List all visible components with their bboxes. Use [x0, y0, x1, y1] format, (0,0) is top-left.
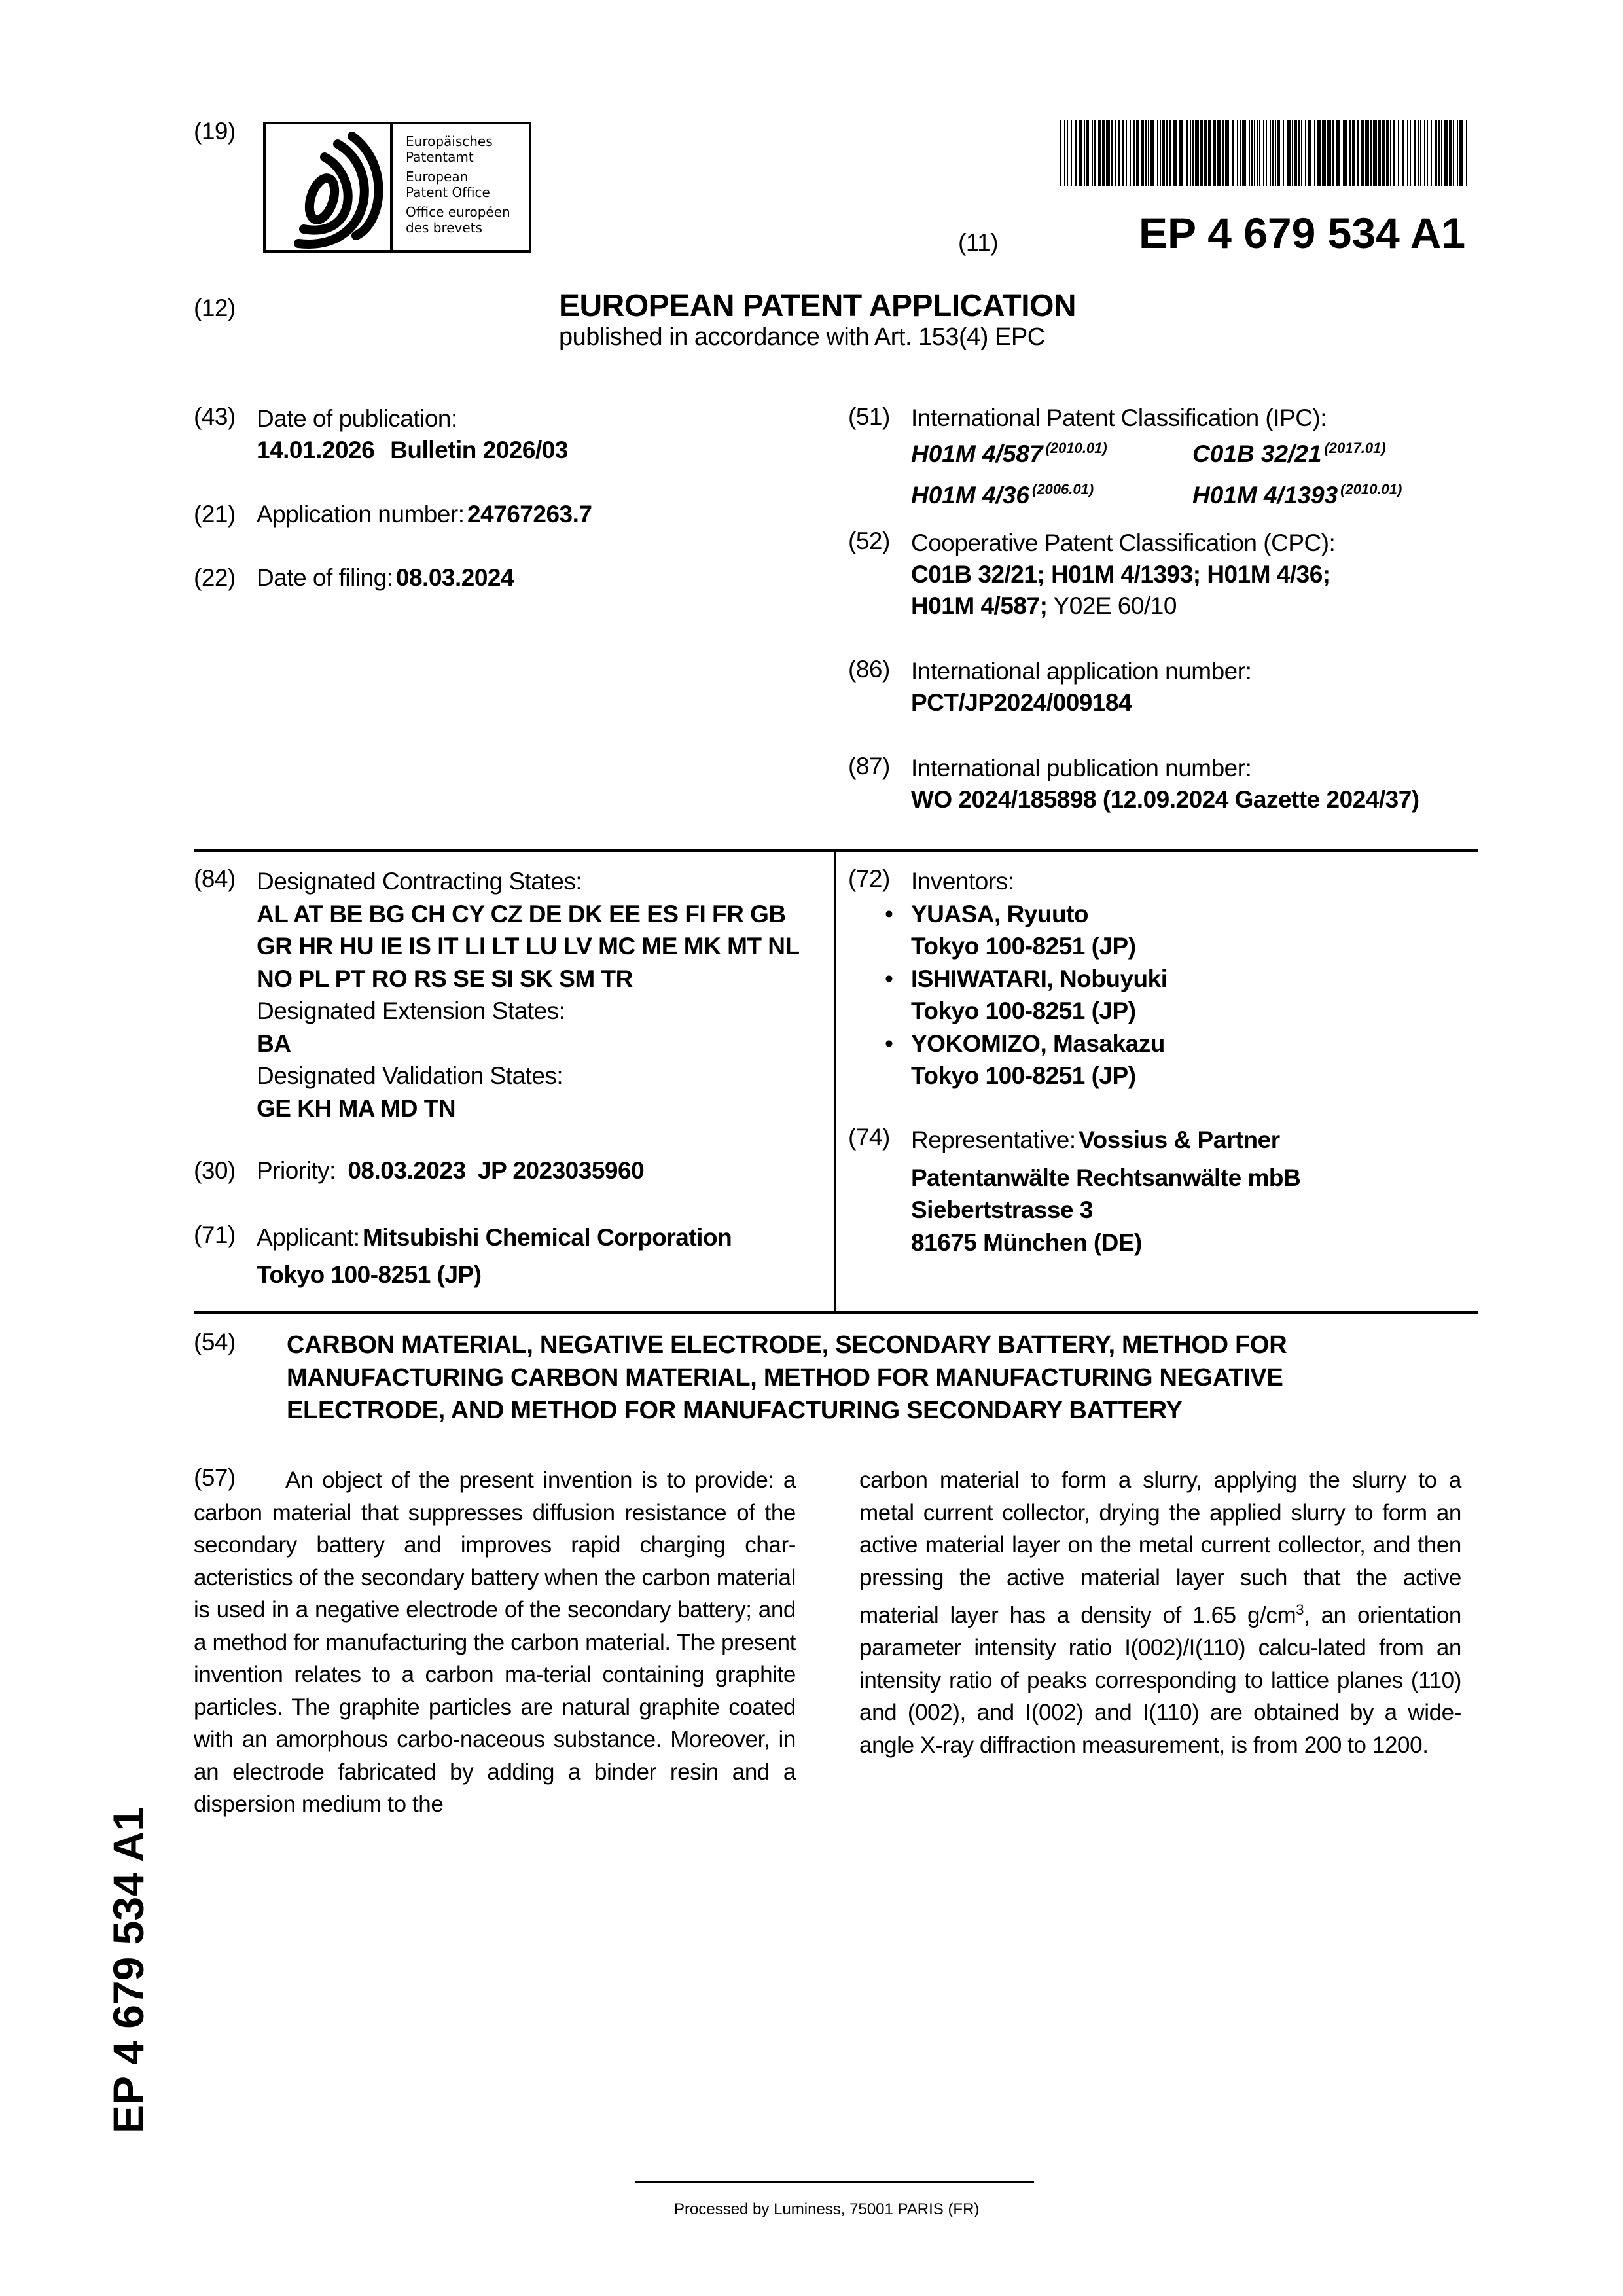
publication-date: 14.01.2026	[257, 437, 374, 463]
office-name-en-1: European	[406, 169, 510, 185]
ipc-version: (2017.01)	[1324, 440, 1385, 456]
divider-vertical	[834, 849, 836, 1312]
ipc-version: (2006.01)	[1032, 481, 1094, 497]
contracting-states-line: GR HR HU IE IS IT LI LT LU LV MC ME MK M…	[257, 930, 800, 963]
applicant-block: Applicant: Mitsubishi Chemical Corporati…	[257, 1221, 732, 1291]
cpc-separator: ;	[1040, 592, 1048, 619]
footer-rule	[635, 2181, 1034, 2183]
title-line: ELECTRODE, AND METHOD FOR MANUFACTURING …	[287, 1394, 1465, 1427]
inventor-address: Tokyo 100-8251 (JP)	[911, 1060, 1168, 1092]
application-number: 24767263.7	[467, 501, 592, 528]
contracting-states-line: NO PL PT RO RS SE SI SK SM TR	[257, 963, 800, 996]
abstract-column-1: An object of the present invention is to…	[194, 1464, 796, 1821]
cpc-line-1: C01B 32/21; H01M 4/1393; H01M 4/36;	[911, 559, 1335, 590]
publication-number: EP 4 679 534 A1	[1139, 208, 1465, 258]
inid-code-86: (86)	[848, 656, 890, 683]
representative-line: 81675 München (DE)	[911, 1227, 1300, 1259]
divider-top	[194, 849, 1478, 852]
representative-name: Vossius & Partner	[1079, 1126, 1279, 1153]
inid-code-30: (30)	[194, 1157, 236, 1185]
inid-code-12: (12)	[194, 295, 236, 322]
ipc-list: H01M 4/587(2010.01) C01B 32/21(2017.01) …	[911, 433, 1454, 516]
office-name-de-1: Europäisches	[406, 134, 510, 149]
intl-application-label: International application number:	[911, 656, 1251, 687]
inid-code: (43)	[194, 403, 236, 430]
inventors-label: Inventors:	[911, 865, 1168, 898]
office-name: EuropäischesPatentamt EuropeanPatent Off…	[406, 134, 510, 240]
applicant-address: Tokyo 100-8251 (JP)	[257, 1259, 732, 1291]
ipc-version: (2010.01)	[1046, 440, 1107, 456]
designated-states-block: Designated Contracting States: AL AT BE …	[257, 865, 800, 1124]
document-kind-sub: published in accordance with Art. 153(4)…	[559, 323, 1045, 351]
ipc-code: H01M 4/36	[911, 482, 1029, 509]
office-name-fr-1: Office européen	[406, 204, 510, 220]
bulletin: Bulletin 2026/03	[390, 437, 568, 463]
epo-logo-icon	[279, 131, 383, 249]
applicant-name: Mitsubishi Chemical Corporation	[363, 1224, 732, 1251]
divider-bottom	[194, 1311, 1478, 1314]
ipc-version: (2010.01)	[1340, 481, 1402, 497]
inid-code-74: (74)	[848, 1124, 890, 1151]
intl-publication-number: WO 2024/185898 (12.09.2024 Gazette 2024/…	[911, 784, 1419, 816]
ipc-label: International Patent Classification (IPC…	[911, 403, 1454, 433]
cpc-label: Cooperative Patent Classification (CPC):	[911, 528, 1335, 559]
inid-code-54: (54)	[194, 1329, 236, 1356]
ipc-item: H01M 4/36(2006.01)	[911, 475, 1192, 516]
contracting-states-label: Designated Contracting States:	[257, 865, 800, 898]
intl-application-number: PCT/JP2024/009184	[911, 687, 1251, 719]
publication-date-block: Date of publication: 14.01.2026Bulletin …	[257, 403, 568, 471]
priority-number: JP 2023035960	[478, 1157, 644, 1184]
ipc-item: C01B 32/21(2017.01)	[1192, 433, 1454, 475]
validation-states: GE KH MA MD TN	[257, 1092, 800, 1125]
intl-publication-block: International publication number: WO 202…	[911, 753, 1419, 816]
inventor-item: •ISHIWATARI, NobuyukiTokyo 100-8251 (JP)	[911, 963, 1168, 1028]
superscript: 3	[1296, 1602, 1304, 1618]
cpc-code-plain: Y02E 60/10	[1047, 592, 1177, 619]
application-number-label: Application number:	[257, 501, 465, 528]
ipc-item: H01M 4/587(2010.01)	[911, 433, 1192, 475]
cpc-block: Cooperative Patent Classification (CPC):…	[911, 528, 1335, 627]
representative-line: Siebertstrasse 3	[911, 1194, 1300, 1227]
inid-code-72: (72)	[848, 865, 890, 893]
filing-date-block: Date of filing: 08.03.2024	[257, 564, 514, 592]
side-publication-number: EP 4 679 534 A1	[103, 1807, 153, 2134]
intl-publication-label: International publication number:	[911, 753, 1419, 784]
inid-code-87: (87)	[848, 753, 890, 780]
cpc-code-bold: H01M 4/587	[911, 592, 1040, 619]
ipc-item: H01M 4/1393(2010.01)	[1192, 475, 1454, 516]
inid-code-51: (51)	[848, 403, 890, 431]
inventor-address: Tokyo 100-8251 (JP)	[911, 995, 1168, 1028]
inventor-item: •YUASA, RyuutoTokyo 100-8251 (JP)	[911, 898, 1168, 963]
inid-code-22: (22)	[194, 564, 236, 592]
inid-code-19: (19)	[194, 118, 236, 145]
inventor-address: Tokyo 100-8251 (JP)	[911, 930, 1168, 963]
title-line: MANUFACTURING CARBON MATERIAL, METHOD FO…	[287, 1361, 1465, 1394]
inid-code-21: (21)	[194, 501, 236, 528]
filing-date: 08.03.2024	[396, 564, 514, 591]
footer-processor: Processed by Luminess, 75001 PARIS (FR)	[674, 2200, 979, 2219]
representative-block: Representative: Vossius & Partner Patent…	[911, 1124, 1300, 1259]
inventor-name: YOKOMIZO, Masakazu	[911, 1028, 1168, 1060]
extension-states: BA	[257, 1028, 800, 1060]
inid-code-84: (84)	[194, 865, 236, 893]
office-name-de-2: Patentamt	[406, 149, 510, 165]
inventor-item: •YOKOMIZO, MasakazuTokyo 100-8251 (JP)	[911, 1028, 1168, 1092]
priority-date: 08.03.2023	[348, 1157, 465, 1184]
inid-code-52: (52)	[848, 528, 890, 555]
validation-states-label: Designated Validation States:	[257, 1060, 800, 1092]
bullet-icon: •	[885, 963, 893, 996]
ipc-block: International Patent Classification (IPC…	[911, 403, 1454, 516]
priority-label: Priority:	[257, 1157, 336, 1184]
section-43: (43)	[194, 403, 236, 431]
invention-title: CARBON MATERIAL, NEGATIVE ELECTRODE, SEC…	[287, 1329, 1465, 1427]
ipc-code: C01B 32/21	[1192, 440, 1321, 467]
application-number-block: Application number: 24767263.7	[257, 501, 592, 528]
office-name-en-2: Patent Office	[406, 185, 510, 200]
priority-block: Priority: 08.03.2023 JP 2023035960	[257, 1157, 644, 1185]
representative-label: Representative:	[911, 1126, 1076, 1153]
inid-code-11: (11)	[958, 229, 998, 257]
bullet-icon: •	[885, 898, 893, 931]
inventors-list: •YUASA, RyuutoTokyo 100-8251 (JP) •ISHIW…	[911, 898, 1168, 1092]
ipc-code: H01M 4/1393	[1192, 482, 1338, 509]
office-name-fr-2: des brevets	[406, 220, 510, 236]
title-line: CARBON MATERIAL, NEGATIVE ELECTRODE, SEC…	[287, 1329, 1465, 1361]
document-kind: EUROPEAN PATENT APPLICATION	[559, 288, 1076, 324]
intl-application-block: International application number: PCT/JP…	[911, 656, 1251, 719]
extension-states-label: Designated Extension States:	[257, 995, 800, 1028]
abstract-column-2: carbon material to form a slurry, applyi…	[859, 1464, 1461, 1761]
inventor-name: YUASA, Ryuuto	[911, 898, 1168, 931]
applicant-label: Applicant:	[257, 1224, 360, 1251]
bullet-icon: •	[885, 1028, 893, 1060]
inid-code-71: (71)	[194, 1221, 236, 1249]
contracting-states-line: AL AT BE BG CH CY CZ DE DK EE ES FI FR G…	[257, 898, 800, 931]
filing-date-label: Date of filing:	[257, 564, 393, 591]
ipc-code: H01M 4/587	[911, 440, 1043, 467]
epo-logo: EuropäischesPatentamt EuropeanPatent Off…	[263, 122, 531, 253]
inventor-name: ISHIWATARI, Nobuyuki	[911, 963, 1168, 996]
publication-date-label: Date of publication:	[257, 403, 568, 435]
inventors-block: Inventors: •YUASA, RyuutoTokyo 100-8251 …	[911, 865, 1168, 1092]
representative-line: Patentanwälte Rechtsanwälte mbB	[911, 1162, 1300, 1194]
barcode	[1060, 120, 1472, 186]
logo-divider	[390, 124, 393, 250]
